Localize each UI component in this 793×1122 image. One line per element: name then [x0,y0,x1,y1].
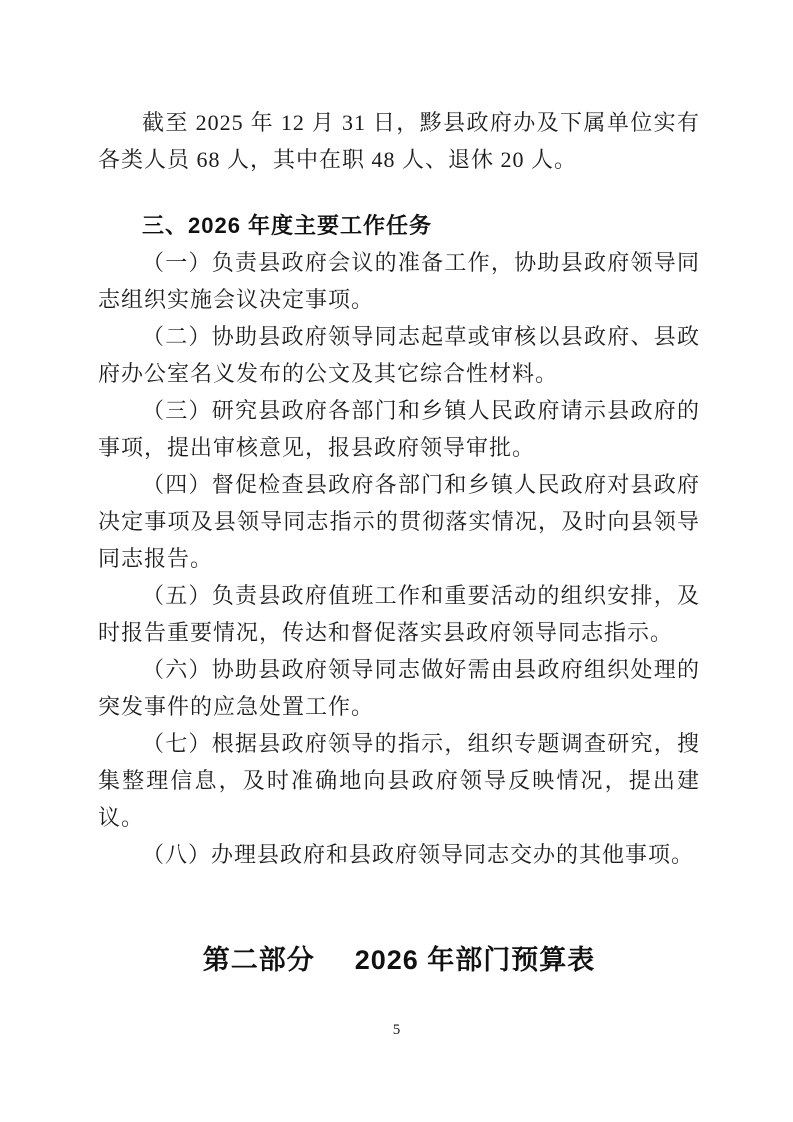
task-paragraph: （六）协助县政府领导同志做好需由县政府组织处理的突发事件的应急处置工作。 [98,651,700,725]
task-paragraph: （七）根据县政府领导的指示，组织专题调查研究，搜集整理信息，及时准确地向县政府领… [98,725,700,836]
section-heading: 三、2026 年度主要工作任务 [98,207,700,244]
part-two-title: 第二部分2026 年部门预算表 [98,939,700,981]
part-two-label: 第二部分 [203,945,315,975]
part-two-name: 2026 年部门预算表 [355,945,596,975]
task-paragraph: （三）研究县政府各部门和乡镇人民政府请示县政府的事项，提出审核意见，报县政府领导… [98,392,700,466]
intro-paragraph: 截至 2025 年 12 月 31 日，黟县政府办及下属单位实有各类人员 68 … [98,104,700,178]
document-content: 截至 2025 年 12 月 31 日，黟县政府办及下属单位实有各类人员 68 … [98,104,700,981]
page-number: 5 [0,1020,793,1040]
task-paragraph: （八）办理县政府和县政府领导同志交办的其他事项。 [98,836,700,873]
task-paragraph: （四）督促检查县政府各部门和乡镇人民政府对县政府决定事项及县领导同志指示的贯彻落… [98,466,700,577]
document-page: 截至 2025 年 12 月 31 日，黟县政府办及下属单位实有各类人员 68 … [0,0,793,1122]
task-paragraph: （五）负责县政府值班工作和重要活动的组织安排，及时报告重要情况，传达和督促落实县… [98,577,700,651]
task-paragraph: （二）协助县政府领导同志起草或审核以县政府、县政府办公室名义发布的公文及其它综合… [98,318,700,392]
task-paragraph: （一）负责县政府会议的准备工作，协助县政府领导同志组织实施会议决定事项。 [98,244,700,318]
